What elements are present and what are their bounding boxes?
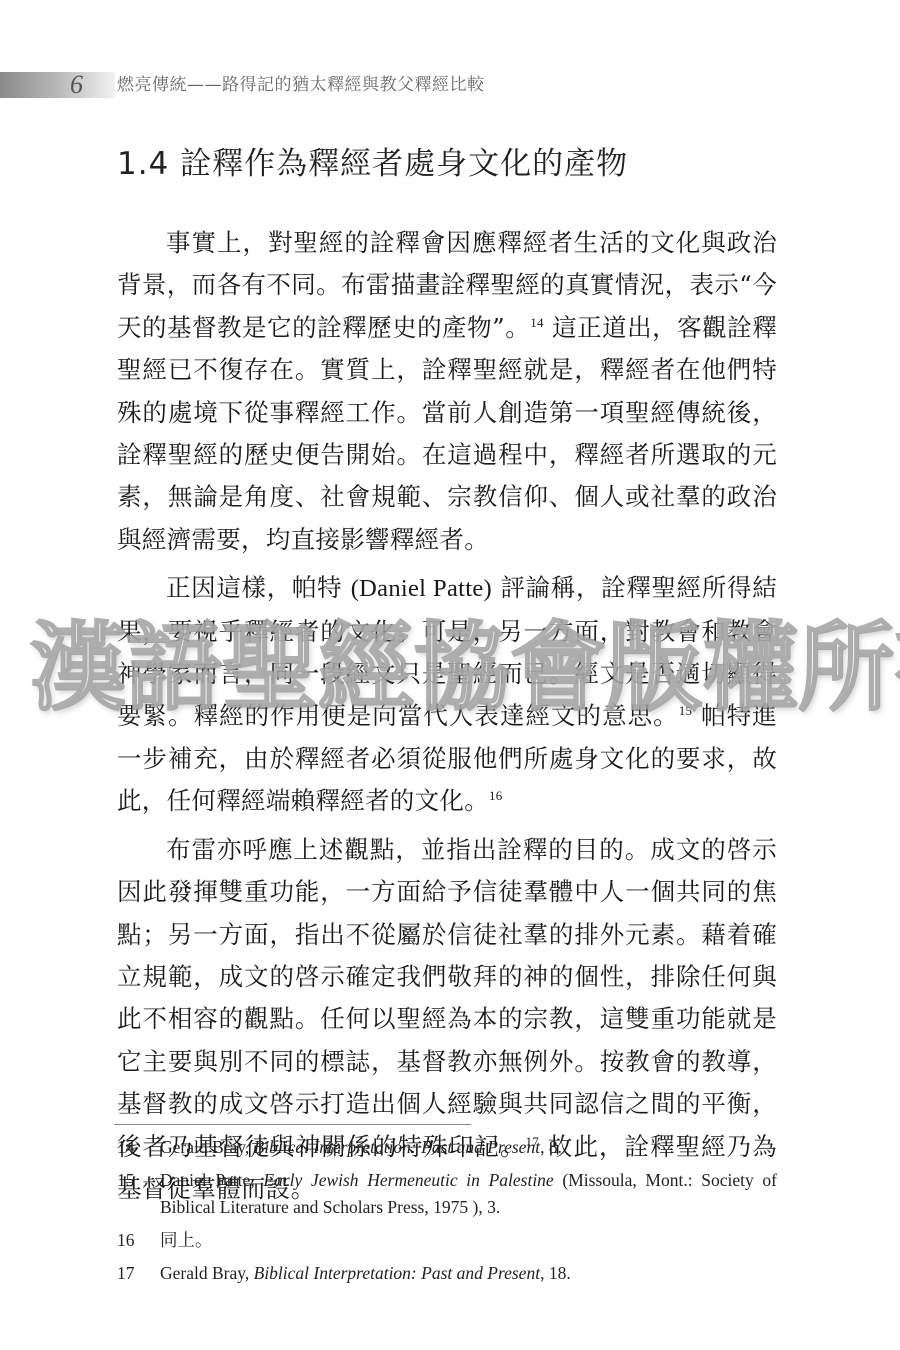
running-header: 6 燃亮傳統——路得記的猶太釋經與教父釋經比較 (0, 70, 560, 100)
footnote: 17Gerald Bray, Biblical Interpretation: … (117, 1260, 777, 1287)
latin-text: (Daniel Patte) (351, 575, 492, 602)
page-number: 6 (70, 70, 83, 100)
watermark-char: 漢 (30, 603, 126, 733)
section-title: 1.4 詮釋作為釋經者處身文化的產物 (117, 140, 628, 188)
book-title: 燃亮傳統——路得記的猶太釋經與教父釋經比較 (117, 70, 485, 100)
footnote-text: Gerald Bray, Biblical Interpretation: Pa… (160, 1134, 777, 1161)
footnote-text: Daniel Patte, Early Jewish Hermeneutic i… (160, 1167, 777, 1221)
footnote-reference: 14 (530, 315, 544, 330)
footnote: 15Daniel Patte, Early Jewish Hermeneutic… (117, 1167, 777, 1221)
footnotes: 14Gerald Bray, Biblical Interpretation: … (117, 1134, 777, 1293)
footnote: 16同上。 (117, 1227, 777, 1254)
footnote-reference: 15 (679, 703, 693, 718)
book-title-italic: Early Jewish Hermeneutic in Palestine (263, 1170, 553, 1190)
watermark-char: 有 (894, 603, 900, 733)
footnote-number: 16 (117, 1227, 160, 1254)
footnote: 14Gerald Bray, Biblical Interpretation: … (117, 1134, 777, 1161)
footnote-number: 14 (117, 1134, 160, 1161)
book-title-italic: Biblical Interpretation: Past and Presen… (254, 1263, 540, 1283)
book-title-italic: Biblical Interpretation: Past and Presen… (254, 1137, 540, 1157)
paragraph: 事實上，對聖經的詮釋會因應釋經者生活的文化與政治背景，而各有不同。布雷描畫詮釋聖… (117, 222, 777, 561)
footnote-text: 同上。 (160, 1227, 777, 1254)
header-gradient-bar (0, 72, 115, 98)
footnote-divider (114, 1124, 471, 1125)
paragraph: 正因這樣，帕特 (Daniel Patte) 評論稱，詮釋聖經所得結果，要視乎釋… (117, 567, 777, 822)
footnote-text: Gerald Bray, Biblical Interpretation: Pa… (160, 1260, 777, 1287)
watermark-char: 所 (798, 603, 894, 733)
footnote-number: 15 (117, 1167, 160, 1221)
footnote-number: 17 (117, 1260, 160, 1287)
footnote-reference: 16 (489, 788, 503, 803)
body-text: 事實上，對聖經的詮釋會因應釋經者生活的文化與政治背景，而各有不同。布雷描畫詮釋聖… (117, 222, 777, 1216)
